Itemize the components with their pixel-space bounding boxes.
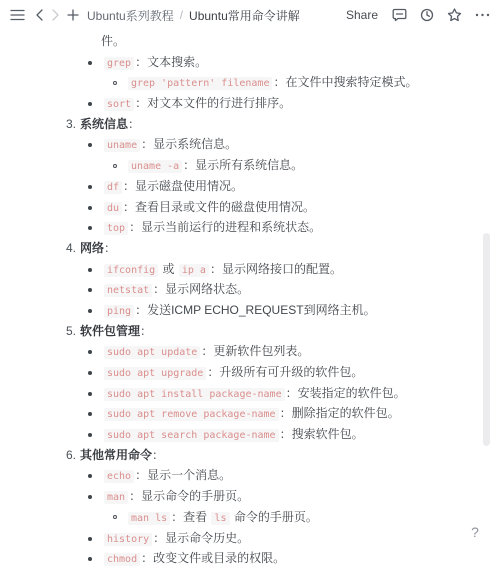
- text-run: ：显示当前运行的进程和系统状态。: [129, 220, 321, 234]
- bullet-list-item[interactable]: grep 'pattern' filename：在文件中搜索特定模式。: [0, 72, 478, 93]
- section-title: 系统信息: [80, 117, 128, 131]
- favorite-button[interactable]: [447, 4, 462, 26]
- text-run: ：改变文件或目录的权限。: [141, 551, 285, 564]
- text-run: ：显示所有系统信息。: [183, 158, 303, 172]
- text-run: ：: [152, 448, 164, 462]
- bullet-dot-icon: [88, 61, 92, 65]
- numbered-list-item[interactable]: 6.其他常用命令：: [0, 445, 478, 466]
- bullet-list-item[interactable]: history：显示命令历史。: [0, 528, 478, 549]
- inline-code: ip a: [179, 264, 209, 277]
- inline-code: chmod: [104, 553, 140, 564]
- text-run: ：在文件中搜索特定模式。: [273, 75, 417, 89]
- numbered-list-item[interactable]: 4.网络：: [0, 238, 478, 259]
- text-run: ：升级所有可升级的软件包。: [207, 365, 363, 379]
- inline-code: man: [104, 491, 128, 504]
- bullet-list-item[interactable]: sudo apt upgrade：升级所有可升级的软件包。: [0, 362, 478, 383]
- text-run: ：显示网络状态。: [153, 282, 249, 296]
- text-run: ：安装指定的软件包。: [286, 386, 406, 400]
- text-run: ：对文本文件的行进行排序。: [135, 96, 291, 110]
- line-content: sort：对文本文件的行进行排序。: [0, 93, 478, 116]
- text-run: ：: [104, 241, 116, 255]
- text-run: ：文本搜索。: [135, 55, 207, 69]
- inline-code: df: [104, 181, 122, 194]
- text-run: ：显示一个消息。: [135, 468, 231, 482]
- numbered-list-item[interactable]: 3.系统信息：: [0, 114, 478, 135]
- help-button[interactable]: ?: [465, 522, 485, 542]
- text-run: ：显示命令的手册页。: [129, 489, 249, 503]
- section-title: 软件包管理: [80, 324, 140, 338]
- text-run: ：搜索软件包。: [280, 427, 364, 441]
- new-doc-button[interactable]: [67, 4, 79, 26]
- line-content: man ls：查看 ls 命令的手册页。: [0, 507, 478, 530]
- bullet-list-item[interactable]: netstat：显示网络状态。: [0, 279, 478, 300]
- inline-code: ls: [211, 512, 229, 525]
- breadcrumb: Ubuntu系列教程 / Ubuntu常用命令讲解: [87, 7, 300, 24]
- inline-code: sudo apt upgrade: [104, 367, 206, 380]
- inline-code: uname -a: [128, 160, 182, 173]
- line-content: chmod：改变文件或目录的权限。: [0, 548, 478, 564]
- hamburger-icon: [10, 9, 25, 21]
- chevron-right-icon: [51, 9, 60, 21]
- bullet-list-item[interactable]: ping：发送ICMP ECHO_REQUEST到网络主机。: [0, 300, 478, 321]
- text-run: ：显示系统信息。: [141, 137, 237, 151]
- text-run: ：: [128, 117, 140, 131]
- bullet-list-item[interactable]: sudo apt search package-name：搜索软件包。: [0, 424, 478, 445]
- breadcrumb-current: Ubuntu常用命令讲解: [189, 7, 300, 24]
- text-run: ：显示命令历史。: [153, 531, 249, 545]
- line-content: echo：显示一个消息。: [0, 465, 478, 488]
- bullet-list-item[interactable]: sudo apt update：更新软件包列表。: [0, 341, 478, 362]
- bullet-list-item[interactable]: uname -a：显示所有系统信息。: [0, 155, 478, 176]
- bullet-list-item[interactable]: grep：文本搜索。: [0, 52, 478, 73]
- line-content: man：显示命令的手册页。: [0, 486, 478, 509]
- bullet-dot-icon: [88, 309, 92, 313]
- inline-code: top: [104, 222, 128, 235]
- text-run: ：查看: [171, 510, 210, 524]
- plus-icon: [67, 9, 79, 21]
- inline-code: ifconfig: [104, 264, 158, 277]
- inline-code: history: [104, 533, 152, 546]
- inline-code: grep 'pattern' filename: [128, 77, 272, 90]
- topbar: Ubuntu系列教程 / Ubuntu常用命令讲解 Share: [0, 0, 500, 30]
- chevron-left-icon: [35, 9, 44, 21]
- line-content: history：显示命令历史。: [0, 528, 478, 551]
- bullet-list-item[interactable]: sort：对文本文件的行进行排序。: [0, 93, 478, 114]
- clock-icon: [420, 8, 434, 22]
- scrollbar-thumb[interactable]: [483, 233, 490, 446]
- doc-body[interactable]: 件。grep：文本搜索。grep 'pattern' filename：在文件中…: [0, 31, 478, 564]
- bullet-dot-icon: [88, 185, 92, 189]
- line-content: sudo apt upgrade：升级所有可升级的软件包。: [0, 362, 478, 385]
- bullet-dot-icon: [88, 537, 92, 541]
- section-title: 其他常用命令: [80, 448, 152, 462]
- inline-code: sort: [104, 98, 134, 111]
- bullet-list-item[interactable]: df：显示磁盘使用情况。: [0, 176, 478, 197]
- ellipsis-icon: [475, 13, 490, 17]
- line-content: sudo apt search package-name：搜索软件包。: [0, 424, 478, 447]
- back-button[interactable]: [35, 4, 44, 26]
- text-run: 或: [159, 262, 178, 276]
- bullet-list-item[interactable]: man：显示命令的手册页。: [0, 486, 478, 507]
- section-title: 网络: [80, 241, 104, 255]
- line-content: netstat：显示网络状态。: [0, 279, 478, 302]
- list-number: 3.: [66, 114, 76, 135]
- menu-button[interactable]: [10, 4, 25, 26]
- list-number: 6.: [66, 445, 76, 466]
- text-run: ：显示网络接口的配置。: [210, 262, 342, 276]
- star-icon: [447, 8, 462, 22]
- list-number: 5.: [66, 321, 76, 342]
- bullet-list-item[interactable]: uname：显示系统信息。: [0, 134, 478, 155]
- text-run: ：删除指定的软件包。: [280, 406, 400, 420]
- bullet-list-item[interactable]: man ls：查看 ls 命令的手册页。: [0, 507, 478, 528]
- breadcrumb-separator: /: [180, 8, 183, 22]
- inline-code: netstat: [104, 284, 152, 297]
- line-content: ping：发送ICMP ECHO_REQUEST到网络主机。: [0, 300, 478, 323]
- text-run: 件。: [101, 34, 125, 48]
- inline-code: sudo apt update: [104, 346, 200, 359]
- bullet-dot-icon: [88, 268, 92, 272]
- line-content: grep 'pattern' filename：在文件中搜索特定模式。: [0, 72, 478, 95]
- line-content: 件。: [0, 31, 478, 52]
- text-run: ：查看目录或文件的磁盘使用情况。: [123, 200, 315, 214]
- comment-button[interactable]: [392, 4, 407, 26]
- wrapped-text-line[interactable]: 件。: [0, 31, 478, 52]
- line-content: top：显示当前运行的进程和系统状态。: [0, 217, 478, 240]
- bullet-dot-icon: [88, 206, 92, 210]
- bullet-list-item[interactable]: top：显示当前运行的进程和系统状态。: [0, 217, 478, 238]
- text-run: ：: [140, 324, 152, 338]
- breadcrumb-parent[interactable]: Ubuntu系列教程: [87, 7, 174, 24]
- bullet-list-item[interactable]: ifconfig 或 ip a：显示网络接口的配置。: [0, 259, 478, 280]
- line-content: sudo apt install package-name：安装指定的软件包。: [0, 383, 478, 406]
- inline-code: sudo apt install package-name: [104, 388, 285, 401]
- history-button[interactable]: [420, 4, 434, 26]
- more-button[interactable]: [475, 4, 490, 26]
- forward-button[interactable]: [51, 4, 60, 26]
- text-run: ：发送ICMP ECHO_REQUEST到网络主机。: [135, 303, 375, 317]
- text-run: 命令的手册页。: [231, 510, 318, 524]
- inline-code: grep: [104, 57, 134, 70]
- bullet-list-item[interactable]: sudo apt remove package-name：删除指定的软件包。: [0, 403, 478, 424]
- comment-icon: [392, 8, 407, 22]
- inline-code: ping: [104, 305, 134, 318]
- text-run: ：更新软件包列表。: [201, 344, 309, 358]
- list-number: 4.: [66, 238, 76, 259]
- bullet-circle-icon: [113, 81, 117, 85]
- line-content: uname：显示系统信息。: [0, 134, 478, 157]
- numbered-list-item[interactable]: 5.软件包管理：: [0, 321, 478, 342]
- bullet-list-item[interactable]: echo：显示一个消息。: [0, 465, 478, 486]
- inline-code: sudo apt search package-name: [104, 429, 279, 442]
- inline-code: du: [104, 202, 122, 215]
- line-content: grep：文本搜索。: [0, 52, 478, 75]
- line-content: df：显示磁盘使用情况。: [0, 176, 478, 199]
- line-content: ifconfig 或 ip a：显示网络接口的配置。: [0, 259, 478, 282]
- text-run: ：显示磁盘使用情况。: [123, 179, 243, 193]
- inline-code: sudo apt remove package-name: [104, 408, 279, 421]
- line-content: uname -a：显示所有系统信息。: [0, 155, 478, 178]
- bullet-dot-icon: [88, 371, 92, 375]
- inline-code: uname: [104, 139, 140, 152]
- share-button[interactable]: Share: [346, 4, 378, 26]
- line-content: du：查看目录或文件的磁盘使用情况。: [0, 197, 478, 220]
- bullet-dot-icon: [88, 392, 92, 396]
- bullet-list-item[interactable]: sudo apt install package-name：安装指定的软件包。: [0, 383, 478, 404]
- bullet-list-item[interactable]: chmod：改变文件或目录的权限。: [0, 548, 478, 564]
- inline-code: man ls: [128, 512, 170, 525]
- inline-code: echo: [104, 470, 134, 483]
- bullet-circle-icon: [113, 164, 117, 168]
- line-content: sudo apt remove package-name：删除指定的软件包。: [0, 403, 478, 426]
- bullet-list-item[interactable]: du：查看目录或文件的磁盘使用情况。: [0, 197, 478, 218]
- line-content: sudo apt update：更新软件包列表。: [0, 341, 478, 364]
